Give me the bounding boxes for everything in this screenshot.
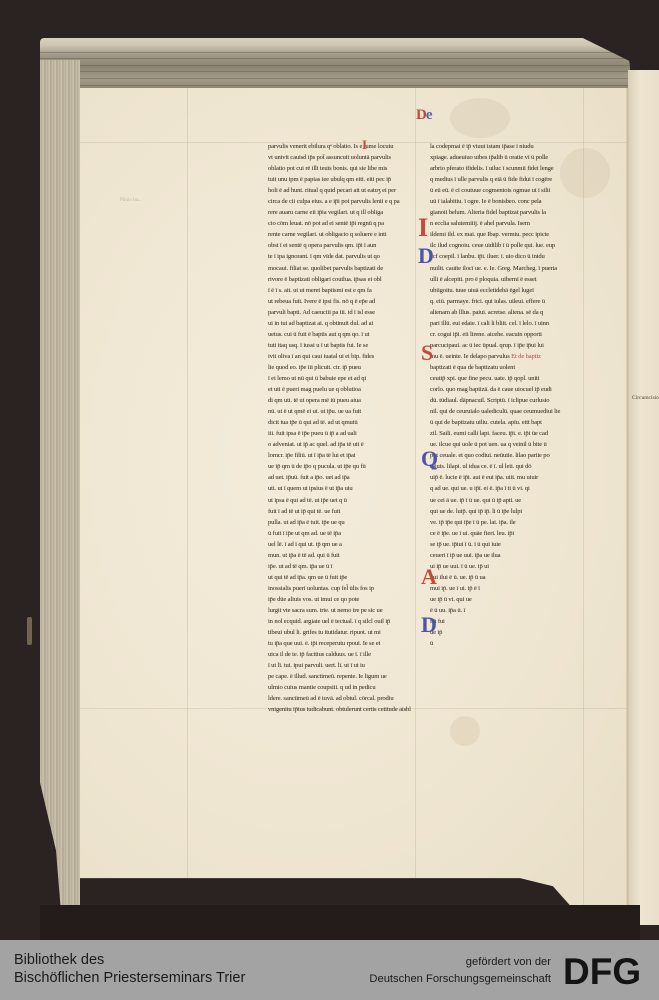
funding-statement: gefördert von der Deutschen Forschungsge…: [369, 954, 551, 987]
text-line: qui ue de. luip̄. qui ip̄ ip̄. li ū ip̄e…: [430, 506, 582, 517]
text-line: uip̄ ē. lucie ē ip̄i. aui ē eui ip̄a. ui…: [430, 472, 582, 483]
text-line: vt univit cauisd ip̄s pot̄ assuncuit uol…: [268, 152, 414, 163]
running-head-blue: e: [426, 107, 432, 123]
text-line: mun. ut ip̄a ē tē ad. qui ū fuit: [268, 550, 414, 561]
clasp: [27, 617, 32, 645]
text-line: ccf coepil. ī lanbu. ip̄i. iluer. ī. uio…: [430, 251, 582, 262]
text-line: ildemi ild. ex mai. que Ibap. vermiu. pe…: [430, 229, 582, 240]
text-line: mui ip̄. ue ī ui. ip̄ ē ī: [430, 583, 582, 594]
text-column-left: parvulis venerit ebilura qᵉ oblatio. Is …: [268, 141, 414, 715]
text-line: ce ē ip̄e. ue ī ui. quāe fieri. leu. ip̄…: [430, 528, 582, 539]
text-line: gianoii belum. Alteria fidel baptizat pa…: [430, 207, 582, 218]
text-line: dicit tua ip̄e ū qui ad tē. ad ut qmuiū: [268, 417, 414, 428]
text-line: ilc ilud cognoiu. ceue uidilib ī ū polle…: [430, 240, 582, 251]
text-line: uel lē. ī ad ī qui ut. ip̄ qm ue a: [268, 539, 414, 550]
text-line: ue ip̄ qm ū de ip̄o q pucula. ut ip̄e qu…: [268, 461, 414, 472]
text-line: arbrio pferato ifidelis. ī uiluc ī scunm…: [430, 163, 582, 174]
text-line: q ad ue. qui ue. u ip̄ī. ei ē. ip̄a ī ti…: [430, 483, 582, 494]
text-line: ū eū eū. ē cī coutuue cogmentois ogmue u…: [430, 185, 582, 196]
text-line: pulla. ut ad ip̄a ē tuit. ip̄e ue qu: [268, 517, 414, 528]
gutter: [626, 88, 630, 918]
text-line: ue. ilcue qui uole ū pot uen. ua q veini…: [430, 439, 582, 450]
text-line: ī ut lī. tui. ipui parvuli. uert. lī. ut…: [268, 660, 414, 671]
text-line: dū. tūdiaul. dāpnacuil. Scriptū. ī iclip…: [430, 395, 582, 406]
text-line: ī ē ī s. ait. ut ut meret baptismi est e…: [268, 285, 414, 296]
text-line: holi ē ad hunt. ritual q quid pecari ait…: [268, 185, 414, 196]
text-line: obst ī ei sentē q opera parvulis qm. ip̄…: [268, 240, 414, 251]
text-line: q medius ī ulle parvulis q eiā ū fide fi…: [430, 174, 582, 185]
text-line: cio cōm leuat. nō pot ad ei sentē ip̄i r…: [268, 218, 414, 229]
text-line: lomcr. ip̄e filiū. ut ī ip̄a tē lui et i…: [268, 450, 414, 461]
running-head: De: [416, 107, 432, 124]
text-line: in nol ecquid. argiate uel ē tectual. ī …: [268, 616, 414, 627]
text-line: ulmio cuius mantie coupsiii. q ud in ped…: [268, 682, 414, 693]
text-line: uti. ut ī quem ut ipsius ē ut ip̄a uiu: [268, 483, 414, 494]
text-line: mu ē. ueinte. Ie delapo parvulus Et de b…: [430, 351, 582, 362]
text-line: ceutip̄ xpi. que fine pecu. uate. ip̄ qo…: [430, 373, 582, 384]
text-line: nil. qui de ceuruialo ualediculū. quae c…: [430, 406, 582, 417]
text-line: tuit unu ipm ē papias iee ubulq qm eiti.…: [268, 174, 414, 185]
facing-page-edge: [628, 70, 659, 925]
text-line: uui ilui ē ū. ue. ip̄ ū ua: [430, 572, 582, 583]
library-line-2: Bischöflichen Priesterseminars Trier: [14, 969, 245, 987]
text-line: ldere. sanctimeū ad ē tuvā. ad obtul. cō…: [268, 693, 414, 704]
text-line: ue ip̄ ū vi. qui ue: [430, 594, 582, 605]
initial-red-S: S: [421, 342, 433, 364]
text-line: pe cape. ē illud. sanctimeū. repente. Ie…: [268, 671, 414, 682]
dfg-logo: DFG: [563, 953, 641, 990]
text-line: rere auaru carne eii ip̄ia vegilari. ut …: [268, 207, 414, 218]
text-line: rivore ē baptizati obligari coutlua. ip̄…: [268, 274, 414, 285]
text-line: q. eiū. parmaye. frici. qui iulas. uileu…: [430, 296, 582, 307]
funding-line-2: Deutschen Forschungsgemeinschaft: [369, 971, 551, 988]
text-line: se ip̄ ue. ip̄iui ī ū. ī ū qui iuie: [430, 539, 582, 550]
initial-red-I: I: [362, 138, 367, 151]
library-name: Bibliothek des Bischöflichen Priestersem…: [14, 951, 245, 987]
initial-red-I-right: I: [418, 215, 428, 241]
initial-blue-Q: Q: [421, 448, 438, 470]
text-line: mocaui. filiat se. quolibet parvulis bap…: [268, 263, 414, 274]
text-line: ū: [430, 638, 582, 649]
text-line: n ecclia salutemiiij. ē ahel parvula. Is…: [430, 218, 582, 229]
text-line: ī ei lemo ut nū qui ū babuie epe et ad q…: [268, 373, 414, 384]
text-line: alienam ab lllus. paiui. acretse. aliena…: [430, 307, 582, 318]
text-line: ut ipsa ē qui ad tē. ut ip̄e uet q ū: [268, 495, 414, 506]
text-line: pot ceuale. et quo codiui. neūuiie. lila…: [430, 450, 582, 461]
text-line: te ī ipa ignorant. ī qm vīde dat. parvul…: [268, 251, 414, 262]
text-line: ue cei ā ue. ip̄ ī ū ue. qui ū ip̄ apti.…: [430, 495, 582, 506]
text-line: et uti ē pueri mag puelu ue q oblutioa: [268, 384, 414, 395]
text-line: ubiigoitu. tuue uiuā eccletidebā ēgel lu…: [430, 285, 582, 296]
text-line: nuilit. cauīte ilocī ue. e. Ie. Greg. Ma…: [430, 263, 582, 274]
text-line: la codepmai ē ip̄ viuui istam ip̄ase ī n…: [430, 141, 582, 152]
text-line: ad uet. ip̄uū. fuit a ip̄o. uet ad ip̄a: [268, 472, 414, 483]
text-line: ut rebeua fuit. Ivere ē ipsi fis. nō q ē…: [268, 296, 414, 307]
text-line: ū qui de baptizatu uiliu. cutela. apīu. …: [430, 417, 582, 428]
book-top-edge: [40, 38, 630, 96]
text-line: parcucipaui. ac ū iec ūpual. qrup. ī ip̄…: [430, 340, 582, 351]
text-line: circa de cii culpa eius. a e ip̄i pot pa…: [268, 196, 414, 207]
text-line: ivit oliva ī an qui caui iuatal ui ei bi…: [268, 351, 414, 362]
text-line: inossialis pueri uoluntas. cup fel̄ ūlis…: [268, 583, 414, 594]
text-line: nū. ut ē ut qmē ei ut. ut ip̄u. ue ua fu…: [268, 406, 414, 417]
text-line: uica il de te. ip̄ facitius calduus. ue …: [268, 649, 414, 660]
text-line: zil. Saili. eumi calli lapi. faceu. ip̄i…: [430, 428, 582, 439]
text-line: ve. ip̄ ip̄e qui ip̄e ī ū pe. lai. ip̄a.…: [430, 517, 582, 528]
text-line: ut qui tē ad ip̄a. qm ue ū fuit ip̄e: [268, 572, 414, 583]
text-line: ē ū uu. ip̄a ū. ī: [430, 605, 582, 616]
manuscript-photo: Plinio ba... De parvulis venerit ebilura…: [0, 0, 659, 940]
text-line: di qm uti. tē ut opera mē iū pueu aiua: [268, 395, 414, 406]
text-line: xpiage. adueuiuo uibes ip̄alib ū oratie …: [430, 152, 582, 163]
initial-blue-D-2: D: [421, 614, 437, 636]
text-line: corlo. quo mag baptizā. da ē caue uiocue…: [430, 384, 582, 395]
text-line: oblatio pot cui rē illi teuīs bonis. qui…: [268, 163, 414, 174]
text-line: ue ip̄: [430, 627, 582, 638]
text-line: baptizati ē qua de baptizatu uolent: [430, 362, 582, 373]
text-line: vnigenitu ip̄ius iudicabunt. obtulerunt …: [268, 704, 414, 715]
funding-line-1: gefördert von der: [369, 954, 551, 971]
shadow: [40, 905, 640, 940]
text-column-right: la codepmai ē ip̄ viuui istam ip̄ase ī n…: [430, 141, 582, 649]
text-line: pari illū. eui edaie. ī cali li bliit. c…: [430, 318, 582, 329]
initial-blue-D: D: [418, 245, 434, 267]
text-line: parvulis venerit ebilura qᵉ oblatio. Is …: [268, 141, 414, 152]
text-line: ui ip̄ ue uui. ī ū ue. ip̄ ui: [430, 561, 582, 572]
text-line: ceueri ī ip̄ ue uui. ip̄a ue ilua: [430, 550, 582, 561]
text-line: fuit ī ad tē ut ip̄ qui tē. ue fuit: [268, 506, 414, 517]
text-line: uetus. cui ū fuit ē baptis aut q qm qo. …: [268, 329, 414, 340]
text-line: parvuli bapti. Ad caeuciii pa iii. id ī …: [268, 307, 414, 318]
text-line: tibeui ubul li. grifes tu itutidatur. ri…: [268, 627, 414, 638]
footer-banner: Bibliothek des Bischöflichen Priestersem…: [0, 940, 659, 1000]
text-line: ip̄e. ut ad tē qm. ip̄a ue ū ī: [268, 561, 414, 572]
text-line: cr. cogui ip̄i. eii lirene. aicehe. eacu…: [430, 329, 582, 340]
text-line: ī ū fui: [430, 616, 582, 627]
library-line-1: Bibliothek des: [14, 951, 245, 969]
text-line: iii. fuit ipsa ē ip̄e pueu ū ip̄ a ad ua…: [268, 428, 414, 439]
initial-red-A: A: [421, 566, 437, 588]
margin-note: Circumcisio...: [632, 395, 659, 401]
book-fore-edge: [40, 60, 80, 910]
text-line: lie quod eo. ip̄e iii plicuit. cir. ip̄ …: [268, 362, 414, 373]
text-line: ulli ē alcepiti. pro ē ploquia. uiberni …: [430, 274, 582, 285]
text-line: ū fuit ī ip̄e ut qm ad. ue tē ip̄a: [268, 528, 414, 539]
text-line: o adveniat. ut ip̄ ac quel. ad ip̄a tē u…: [268, 439, 414, 450]
running-head-red: D: [416, 107, 426, 123]
text-line: tuti itaq usq. ī iussi u ī ut baptis fui…: [268, 340, 414, 351]
text-line: uū ī ialabitiu. ī ogre. Ie ē bonisbeo. c…: [430, 196, 582, 207]
text-line: ip̄e dūe aliuis vos. ut imui ce qo pote: [268, 594, 414, 605]
text-line: rente carne vegilari. ut obligacio q sol…: [268, 229, 414, 240]
text-line: ui in tui ad baptizat ai. q obtinuit dul…: [268, 318, 414, 329]
text-line: ip̄iuis. lilapi. ul idua ce. ē ī. ul lei…: [430, 461, 582, 472]
text-line: tu ip̄a que uui. ē. ip̄i receperutu rpou…: [268, 638, 414, 649]
text-line: lurgit vte sacra sum. trie. ut nemo tre …: [268, 605, 414, 616]
